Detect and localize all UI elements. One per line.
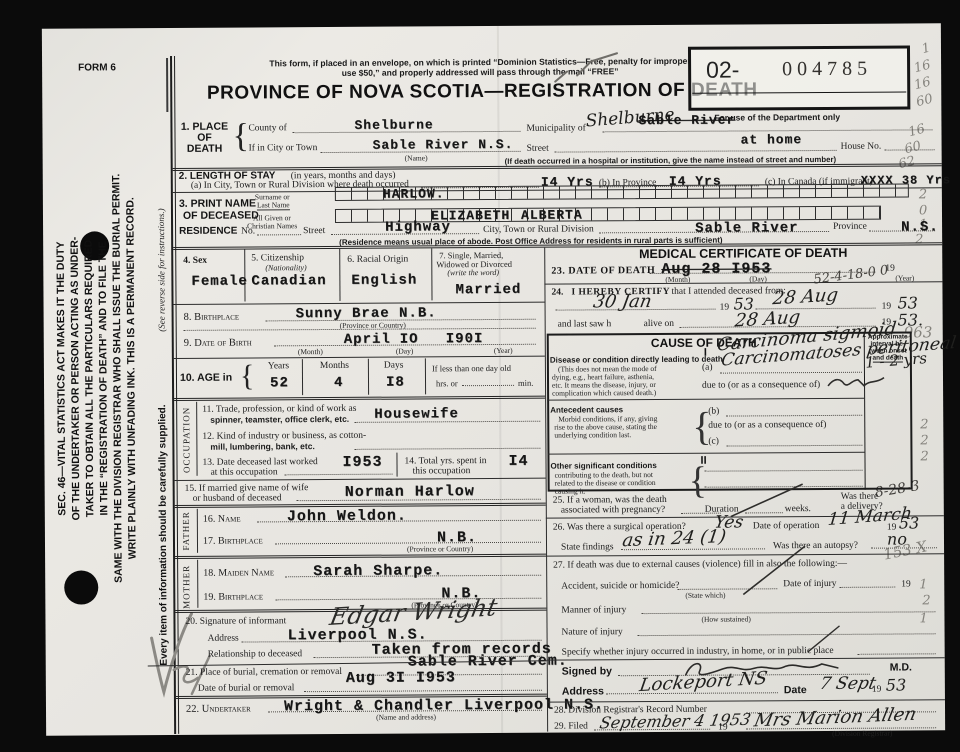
- margin-code: 2: [920, 433, 928, 448]
- age-less-label: If less than one day old: [432, 363, 511, 373]
- s27-nature-label: Nature of injury: [562, 627, 623, 637]
- s5-label: 5. Citizenship: [251, 253, 304, 263]
- dotted-line: [354, 448, 540, 450]
- margin-code: 2: [920, 417, 928, 432]
- s27-accident-label: Accident, suicide or homicide?: [561, 581, 679, 592]
- age-cell-divider: [425, 358, 426, 394]
- signed-19: 19: [872, 685, 882, 695]
- s20-relationship-label: Relationship to deceased: [208, 649, 303, 660]
- s9-day-note: (Day): [396, 346, 414, 355]
- s9-month-note: (Month): [298, 347, 323, 356]
- section-divider: [175, 554, 546, 559]
- signedby-label: Signed by: [562, 665, 612, 677]
- s23-label: 23. DATE OF DEATH: [551, 265, 655, 277]
- margin-act-text: SEC. 46—VITAL STATISTICS ACT MAKES IT TH…: [53, 161, 142, 597]
- given-value-2: ALBERTA: [521, 207, 583, 222]
- father-vertical-label: FATHER: [181, 507, 193, 555]
- s18-value: Sarah Sharpe.: [313, 562, 443, 580]
- s1-brace: {: [232, 117, 249, 155]
- pencil-checkmark-top: [547, 51, 627, 91]
- age-years-label: Years: [268, 361, 289, 371]
- section-divider: [174, 356, 545, 359]
- section-divider: [175, 478, 546, 481]
- s17-note: (Province or Country): [407, 544, 473, 553]
- margin-code: 16: [912, 58, 932, 77]
- s16-value: John Weldon.: [287, 508, 407, 526]
- dotted-line: [462, 385, 514, 386]
- age-cell-divider: [302, 359, 303, 395]
- s4-value: Female: [191, 273, 248, 289]
- mail-note-line2: use $50,” and properly addressed will pa…: [220, 65, 740, 78]
- age-days-value: I8: [386, 375, 405, 391]
- s12-label-1: 12. Kind of industry or business, as cot…: [202, 431, 366, 442]
- section-divider: [174, 396, 545, 401]
- s3-label1: 3. PRINT NAME: [179, 197, 256, 209]
- s24-19a: 19: [720, 303, 730, 313]
- s15-label-1: 15. If married give name of wife: [185, 483, 309, 494]
- s15-value: Norman Harlow: [345, 483, 475, 501]
- findings-script: as in 24 (1): [621, 526, 727, 551]
- margin-code: 16: [913, 75, 933, 94]
- residence-street-value: Highway: [385, 219, 451, 235]
- attended-to-script: 28 Aug: [772, 285, 840, 310]
- age-days-label: Days: [384, 361, 404, 371]
- s4-label: 4. Sex: [183, 256, 207, 266]
- signed-date-label: Date: [784, 684, 807, 696]
- signed-address-label: Address: [562, 685, 604, 697]
- s27-19: 19: [901, 579, 911, 589]
- s9-day-value: IO: [400, 331, 419, 347]
- age-min-label: min.: [518, 378, 533, 388]
- certificate-paper: SEC. 46—VITAL STATISTICS ACT MAKES IT TH…: [42, 23, 945, 735]
- s26-findings-label: State findings: [561, 542, 614, 552]
- s29-19: 19: [718, 723, 728, 733]
- house-no-label: House No.: [841, 142, 882, 152]
- s27-statewhich-note: (State which): [685, 591, 725, 600]
- s13-s14-divider: [396, 453, 397, 477]
- street-label: Street: [527, 144, 549, 154]
- scanned-death-certificate: { "common":{"y19":"19"}, "header":{ "for…: [0, 0, 960, 752]
- section-divider: [544, 281, 942, 284]
- age-months-value: 4: [334, 375, 344, 391]
- form-number: FORM 6: [78, 62, 116, 73]
- s23-19: 19: [885, 264, 895, 274]
- s8-label: 8. Birthplace: [184, 312, 240, 323]
- age-cell-divider: [368, 359, 369, 395]
- signed-year-script: 53: [886, 675, 906, 694]
- s14-value: I4: [508, 453, 528, 470]
- residence-label: RESIDENCE: [179, 226, 237, 237]
- s5-sub: (Nationality): [265, 263, 306, 272]
- residence-province-value: N.S.: [901, 219, 939, 235]
- cell-divider: [431, 248, 432, 300]
- signed-date-script: 7 Sept: [818, 674, 878, 694]
- surname-value: HARLOW.: [383, 186, 445, 201]
- cause-c-label: (c): [708, 437, 719, 447]
- margin-code: 2: [922, 593, 930, 608]
- s17-label: 17. Birthplace: [203, 535, 263, 546]
- paper-crease: [497, 26, 503, 733]
- s11-label-2: spinner, teamster, office clerk, etc.: [210, 414, 349, 425]
- lastsaw-year: 53.: [898, 310, 924, 329]
- s11-value: Housewife: [374, 406, 459, 423]
- municipality-struck: Sable River: [638, 113, 735, 129]
- stamp-number: 004785: [782, 58, 872, 82]
- residence-city-value: Sable River: [695, 220, 799, 237]
- margin-code: 2: [919, 187, 927, 202]
- s20-label: 20. Signature of informant: [185, 616, 286, 627]
- margin-code: 16: [907, 122, 927, 141]
- s16-label: 16. Name: [203, 514, 241, 525]
- s22-note: (Name and address): [376, 712, 436, 721]
- margin-code: 1: [919, 577, 927, 592]
- occupation-bracket: [196, 402, 197, 476]
- s13-label-2: at this occupation: [211, 467, 278, 477]
- dotted-line: [257, 234, 301, 235]
- section-divider: [174, 302, 545, 305]
- s9-label: 9. Date of Birth: [184, 337, 252, 348]
- other-brace: {: [688, 459, 707, 503]
- margin-code: 1: [919, 611, 927, 626]
- antecedent-small-3: underlying condition last.: [554, 430, 631, 439]
- s29-label: 29. Filed: [554, 721, 588, 731]
- cell-divider: [339, 249, 340, 301]
- md-label: M.D.: [890, 661, 912, 673]
- medical-cert-title: MEDICAL CERTIFICATE OF DEATH: [583, 245, 903, 261]
- s13-value: I953: [342, 454, 382, 471]
- autopsy-no-script: no: [887, 529, 907, 548]
- s27-how-note: (How sustained): [701, 614, 750, 623]
- s24-19b: 19: [882, 302, 892, 312]
- margin-code: 60: [915, 92, 935, 111]
- s20-address-label: Address: [208, 634, 239, 644]
- dueto-scribble: [826, 372, 886, 392]
- s10-brace: {: [240, 359, 255, 393]
- antecedent-label: Antecedent causes: [550, 405, 623, 414]
- margin-code: 1: [920, 41, 932, 58]
- s9-year-value: I90I: [446, 331, 484, 347]
- age-months-label: Months: [320, 361, 349, 371]
- burial-date-value: Aug 3I I953: [346, 669, 456, 687]
- cause-b-label: (b): [708, 407, 719, 417]
- s1-label: 1. PLACE OF DEATH: [178, 122, 230, 155]
- s24-lastsaw-b: alive on: [644, 319, 674, 329]
- other-small-3: causing it.: [555, 486, 586, 495]
- mother-vertical-label: MOTHER: [181, 560, 193, 614]
- cause-interval-script: 1 - 2 yrs: [865, 349, 928, 372]
- dotted-line: [641, 611, 935, 614]
- s27-slash: [739, 544, 809, 596]
- s27-manner-label: Manner of injury: [561, 605, 626, 615]
- cause-dueto-1: due to (or as a consequence of): [702, 380, 820, 391]
- dotted-line: [304, 690, 542, 692]
- s14-label-2: this occupation: [413, 466, 471, 476]
- cause-a-label: (a): [702, 363, 713, 373]
- margin-code: 2: [920, 449, 928, 464]
- s25-label-2: associated with pregnancy?: [561, 505, 666, 516]
- s27-slash-small: [806, 624, 842, 654]
- residence-province-label: Province: [833, 222, 867, 232]
- dotted-line: [285, 474, 393, 476]
- dotted-line: [638, 633, 936, 636]
- dotted-line: [885, 149, 935, 150]
- s18-label: 18. Maiden Name: [203, 567, 274, 578]
- s6-value: English: [351, 272, 417, 288]
- s6-label: 6. Racial Origin: [347, 255, 408, 265]
- s25-wasthere-1: Was there: [841, 492, 879, 502]
- header-divider: [166, 58, 168, 112]
- city-town-value: Sable River N.S.: [373, 137, 514, 153]
- margin-code: 0: [919, 203, 927, 218]
- s5-value: Canadian: [251, 273, 326, 289]
- age-years-value: 52: [270, 375, 289, 391]
- disease-small-4: complication which caused death.): [552, 388, 656, 398]
- s21-place-label: 21. Place of burial, cremation or remova…: [186, 667, 342, 678]
- s10-label: 10. AGE in: [180, 372, 232, 384]
- s9-month-value: April: [344, 332, 391, 348]
- s14-label-1: 14. Total yrs. spent in: [404, 456, 486, 467]
- cause-dueto-2: due to (or as a consequence of): [708, 420, 826, 431]
- occupation-vertical-label: OCCUPATION: [181, 401, 193, 479]
- father-bracket: [197, 509, 198, 553]
- residence-street-label: Street: [303, 226, 325, 236]
- county-label: County of: [248, 123, 286, 133]
- residence-city-label: City, Town or Rural Division: [483, 224, 594, 235]
- county-value: Shelburne: [354, 117, 433, 132]
- mother-bracket: [197, 560, 198, 608]
- s9-year-note: (Year): [494, 346, 513, 355]
- s12-label-2: mill, lumbering, bank, etc.: [210, 441, 314, 452]
- dotted-line: [555, 150, 837, 153]
- s22-label: 22. Undertaker: [186, 703, 251, 714]
- s7-sub: (write the word): [447, 268, 499, 277]
- city-town-label: If in City or Town: [249, 143, 318, 153]
- dotted-line: [839, 587, 895, 588]
- s29-note: (Division Registrar): [832, 729, 892, 738]
- s24-label-rest: that I attended deceased from:: [671, 286, 786, 297]
- section-divider: [547, 699, 945, 702]
- s21-date-label: Date of burial or removal: [198, 683, 295, 694]
- s13-label-1: 13. Date deceased last worked: [202, 457, 317, 468]
- dotted-line: [858, 653, 936, 654]
- municipality-label: Municipality of: [526, 123, 585, 133]
- name-note: (Name): [405, 153, 428, 162]
- s3-label2: OF DECEASED: [183, 209, 259, 221]
- s15-label-2: or husband of deceased: [193, 493, 282, 504]
- margin-see-reverse: (See reverse side for instructions.): [156, 188, 169, 352]
- s19-label: 19. Birthplace: [203, 591, 263, 602]
- at-home-value: at home: [740, 132, 802, 147]
- surname-sublabel2: Last Name: [257, 200, 290, 210]
- s24-label-num: 24.: [551, 288, 563, 298]
- s8-value: Sunny Brae N.B.: [296, 305, 437, 322]
- age-hrs-label: hrs. or: [436, 378, 458, 388]
- s24-lastsaw-a: and last saw h: [558, 319, 612, 329]
- stamp-prefix: 02-: [706, 56, 739, 83]
- s25-label-1: 25. If a woman, was the death: [553, 495, 667, 506]
- cert-code-pencil: 52-4-18-0 0: [813, 263, 890, 287]
- residence-no-label: No.: [241, 226, 255, 236]
- s7-value: Married: [455, 282, 521, 298]
- s26-dateop-label: Date of operation: [753, 521, 820, 531]
